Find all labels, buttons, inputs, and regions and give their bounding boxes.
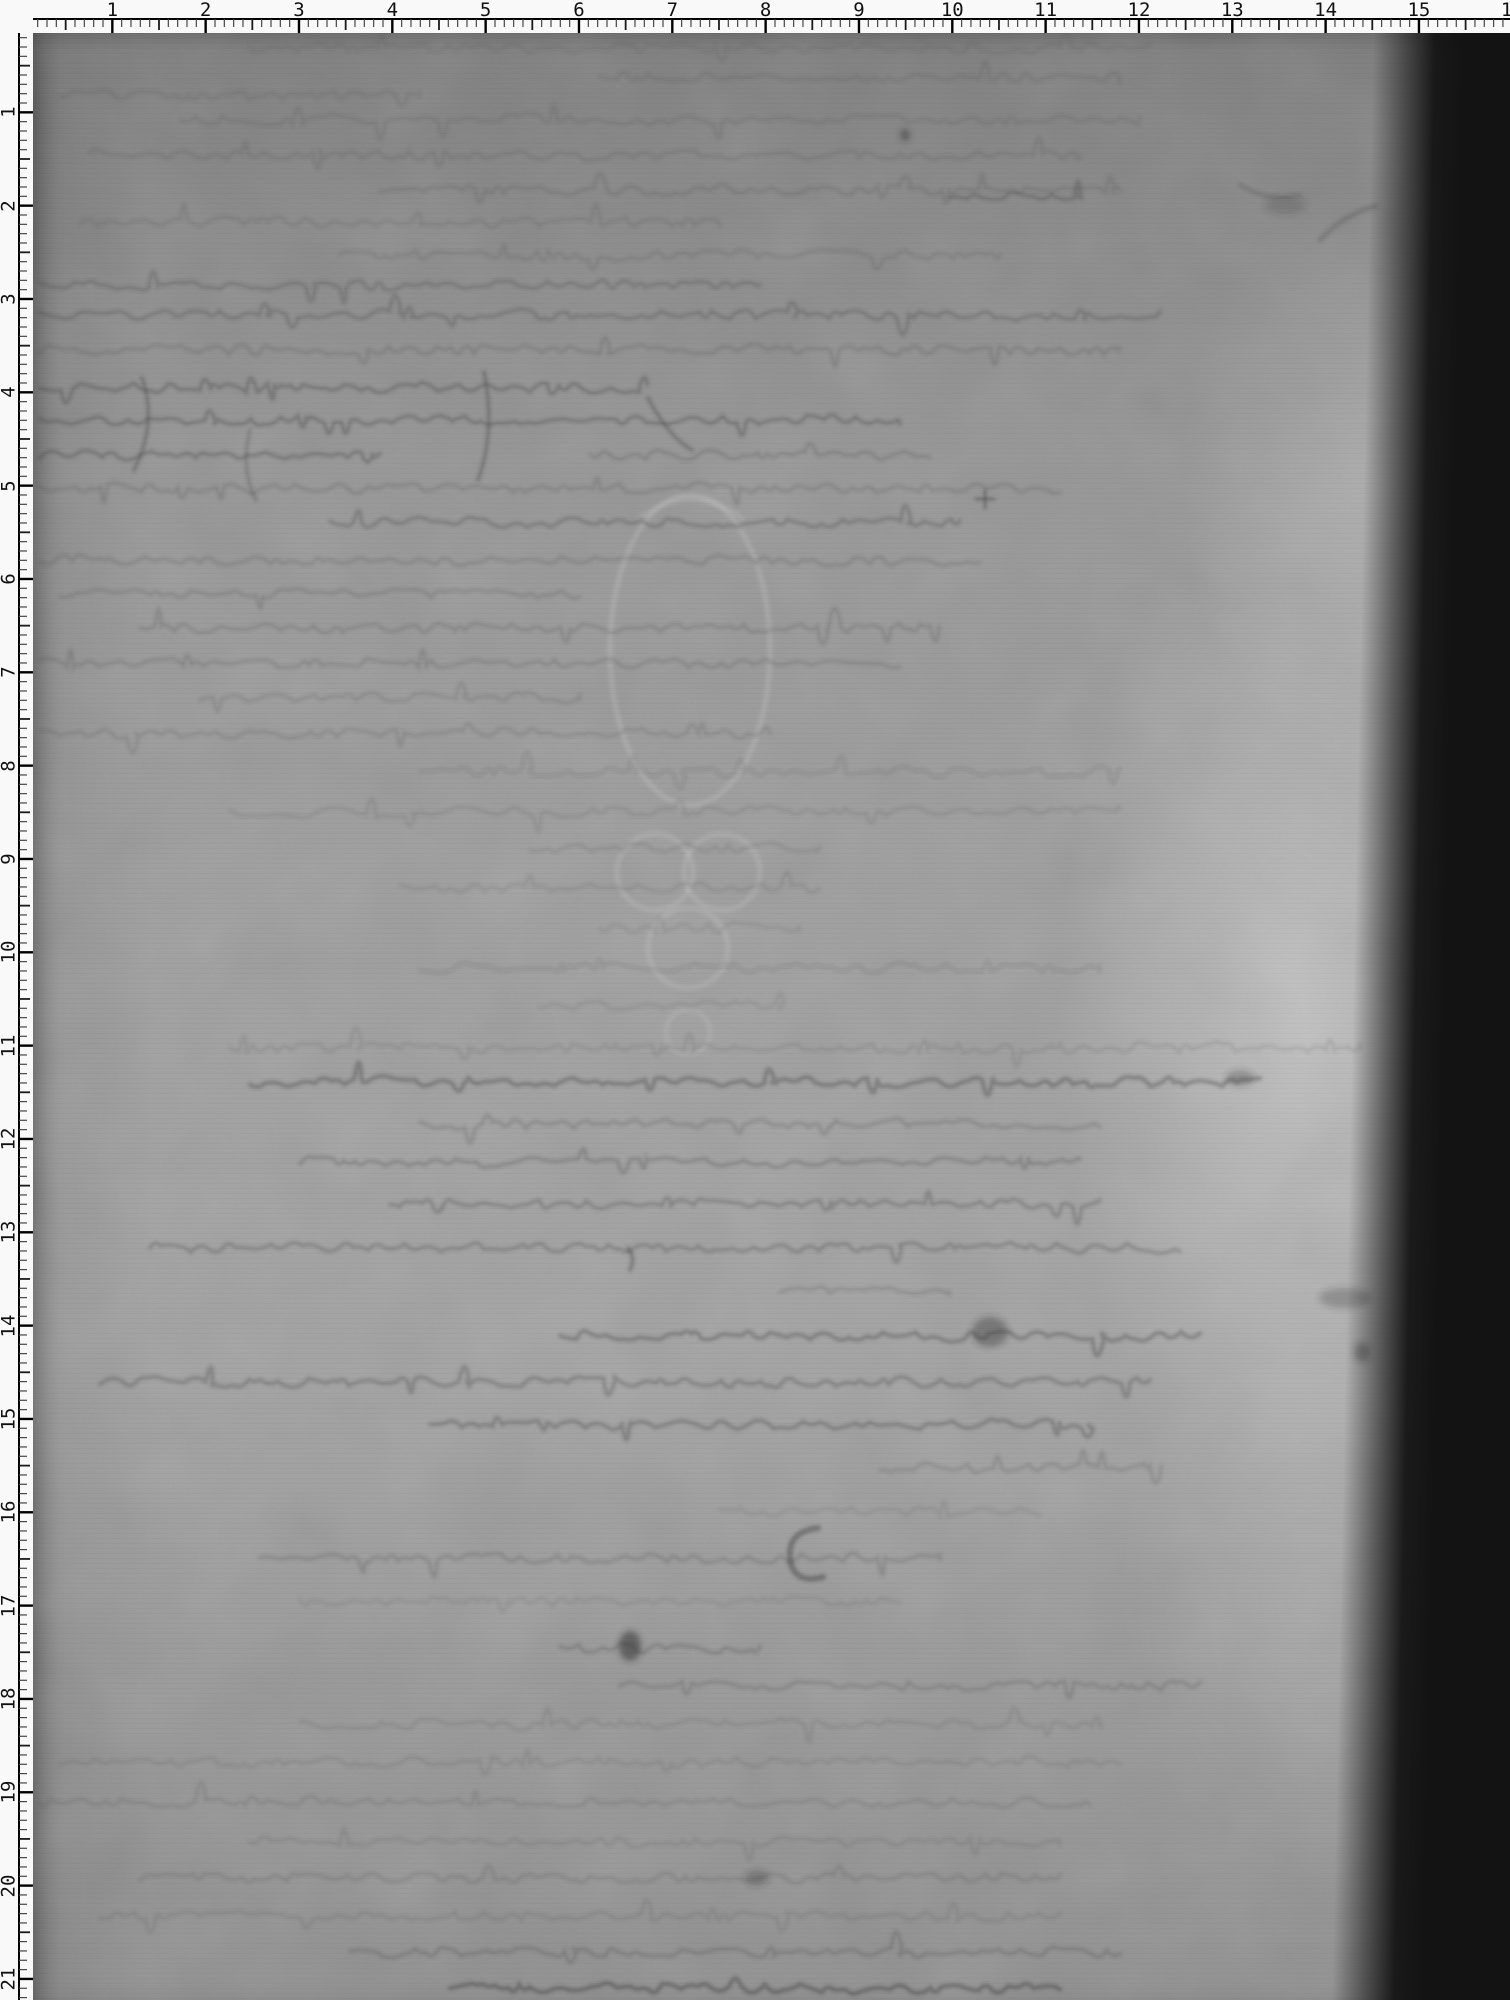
manuscript-page [33,33,1510,2000]
ruler-top-label: 3 [293,1,304,20]
ruler-left-label: 8 [0,760,19,771]
ruler-top-label: 15 [1407,1,1430,20]
ruler-left-label: 2 [0,200,19,211]
ruler-top-label: 16 [1501,1,1510,20]
ruler-left-label: 1 [0,107,19,118]
ruler-left-label: 13 [0,1221,19,1244]
ruler-left: 123456789101112131415161718192021 [0,0,33,2000]
ruler-left-label: 6 [0,573,19,584]
ruler-left-label: 5 [0,480,19,491]
ruler-left-label: 14 [0,1314,19,1337]
ruler-top-label: 6 [573,1,584,20]
ruler-left-label: 20 [0,1874,19,1897]
handwriting-layer [33,33,1510,2000]
ruler-top: 012345678910111213141516 [0,0,1510,33]
ruler-left-label: 18 [0,1687,19,1710]
ruler-top-label: 8 [760,1,771,20]
ruler-left-label: 21 [0,1967,19,1990]
ruler-left-label: 16 [0,1501,19,1524]
ruler-top-label: 14 [1314,1,1337,20]
scan-page: faded illegible cursive handwriting on p… [0,0,1510,2000]
ruler-top-label: 5 [480,1,491,20]
ruler-left-label: 4 [0,387,19,398]
ruler-left-label: 3 [0,293,19,304]
ruler-left-label: 19 [0,1781,19,1804]
ruler-top-label: 12 [1128,1,1151,20]
ruler-left-label: 11 [0,1034,19,1057]
ruler-top-label: 13 [1221,1,1244,20]
ruler-left-label: 9 [0,853,19,864]
ruler-top-label: 1 [107,1,118,20]
ruler-top-ticks [0,0,1510,33]
ruler-top-label: 11 [1034,1,1057,20]
ruler-top-label: 4 [387,1,398,20]
ruler-left-label: 7 [0,667,19,678]
ruler-left-label: 10 [0,941,19,964]
ruler-top-label: 9 [853,1,864,20]
ruler-top-label: 2 [200,1,211,20]
ruler-left-label: 12 [0,1128,19,1151]
ruler-top-label: 7 [667,1,678,20]
ruler-left-label: 15 [0,1407,19,1430]
ruler-top-label: 10 [941,1,964,20]
ruler-left-label: 17 [0,1594,19,1617]
ruler-corner [0,0,33,33]
